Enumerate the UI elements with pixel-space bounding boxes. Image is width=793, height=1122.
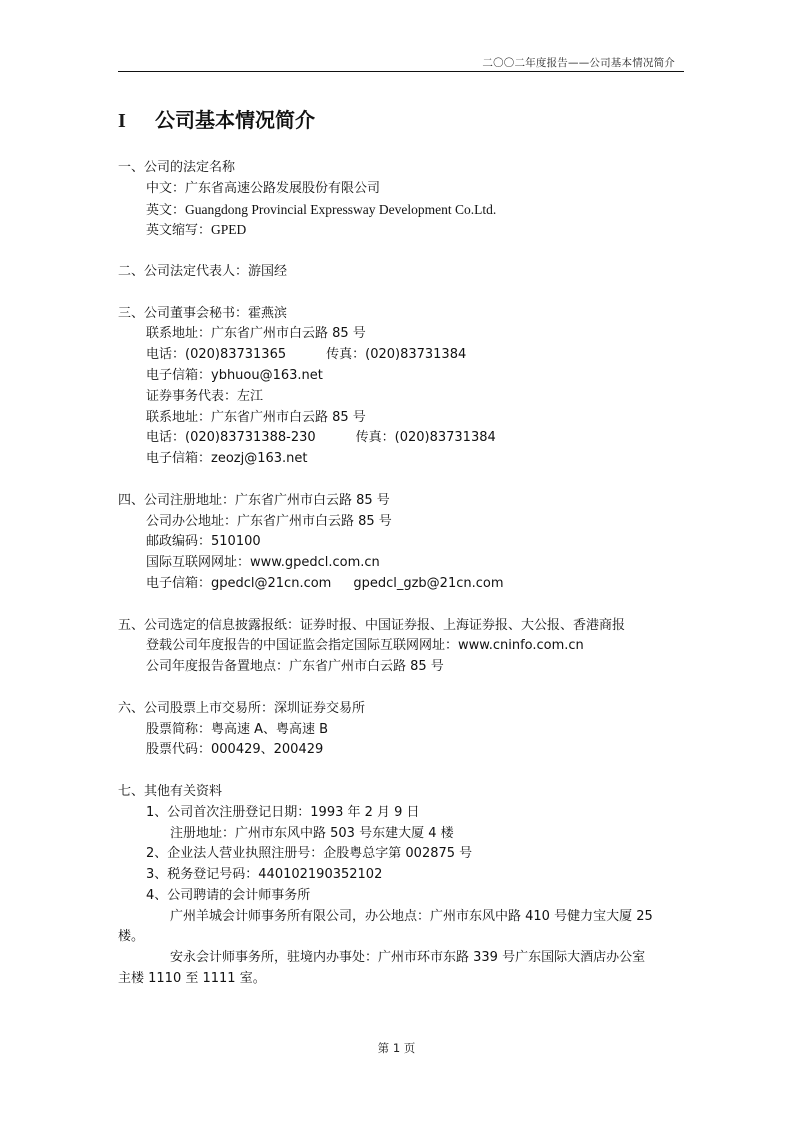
registration-date: 1、公司首次注册登记日期：1993 年 2 月 9 日 xyxy=(118,803,684,824)
secretary-fax: 传真：(020)83731384 xyxy=(326,347,466,362)
english-name-line: 英文：Guangdong Provincial Expressway Devel… xyxy=(118,200,684,221)
secretary-phone: 电话：(020)83731365 xyxy=(146,347,286,362)
accounting-firm-1-cont: 楼。 xyxy=(118,927,684,948)
rep-address: 联系地址：广东省广州市白云路 85 号 xyxy=(118,408,684,429)
english-abbr: GPED xyxy=(211,222,246,237)
english-name-label: 英文： xyxy=(146,203,185,218)
chapter-title: 公司基本情况简介 xyxy=(155,108,315,132)
section-heading: 二、公司法定代表人：游国经 xyxy=(118,262,684,283)
office-address: 公司办公地址：广东省广州市白云路 85 号 xyxy=(118,512,684,533)
section-legal-rep: 二、公司法定代表人：游国经 xyxy=(118,262,684,283)
company-email-2: gpedcl_gzb@21cn.com xyxy=(353,576,503,591)
section-other-info: 七、其他有关资料 1、公司首次注册登记日期：1993 年 2 月 9 日 注册地… xyxy=(118,782,684,990)
section-heading: 一、公司的法定名称 xyxy=(118,158,684,179)
company-email-1: 电子信箱：gpedcl@21cn.com xyxy=(146,576,331,591)
business-license: 2、企业法人营业执照注册号：企股粤总字第 002875 号 xyxy=(118,844,684,865)
chapter-number: I xyxy=(118,110,148,133)
section-heading: 七、其他有关资料 xyxy=(118,782,684,803)
section-registered-address: 四、公司注册地址：广东省广州市白云路 85 号 公司办公地址：广东省广州市白云路… xyxy=(118,491,684,595)
company-website: 国际互联网网址：www.gpedcl.com.cn xyxy=(118,553,684,574)
document-body: 一、公司的法定名称 中文：广东省高速公路发展股份有限公司 英文：Guangdon… xyxy=(118,158,684,990)
accounting-firms-heading: 4、公司聘请的会计师事务所 xyxy=(118,886,684,907)
postcode: 邮政编码：510100 xyxy=(118,532,684,553)
rep-phone: 电话：(020)83731388-230 xyxy=(146,430,316,445)
accounting-firm-2-cont: 主楼 1110 至 1111 室。 xyxy=(118,969,684,990)
tax-registration: 3、税务登记号码：440102190352102 xyxy=(118,865,684,886)
section-board-secretary: 三、公司董事会秘书：霍燕滨 联系地址：广东省广州市白云路 85 号 电话：(02… xyxy=(118,304,684,470)
securities-rep: 证券事务代表：左江 xyxy=(118,387,684,408)
chinese-name: 中文：广东省高速公路发展股份有限公司 xyxy=(118,179,684,200)
secretary-email: 电子信箱：ybhuou@163.net xyxy=(118,366,684,387)
rep-fax: 传真：(020)83731384 xyxy=(356,430,496,445)
stock-codes: 股票代码：000429、200429 xyxy=(118,740,684,761)
section-heading: 六、公司股票上市交易所：深圳证券交易所 xyxy=(118,699,684,720)
section-heading: 五、公司选定的信息披露报纸：证券时报、中国证券报、上海证券报、大公报、香港商报 xyxy=(118,616,684,637)
english-name: Guangdong Provincial Expressway Developm… xyxy=(185,202,496,217)
disclosure-website: 登载公司年度报告的中国证监会指定国际互联网网址：www.cninfo.com.c… xyxy=(118,636,684,657)
section-stock-exchange: 六、公司股票上市交易所：深圳证券交易所 股票简称：粤高速 A、粤高速 B 股票代… xyxy=(118,699,684,761)
company-email: 电子信箱：gpedcl@21cn.comgpedcl_gzb@21cn.com xyxy=(118,574,684,595)
section-heading: 四、公司注册地址：广东省广州市白云路 85 号 xyxy=(118,491,684,512)
running-header-title: 二〇〇二年度报告——公司基本情况简介 xyxy=(482,55,675,70)
rep-email: 电子信箱：zeozj@163.net xyxy=(118,449,684,470)
report-location: 公司年度报告备置地点：广东省广州市白云路 85 号 xyxy=(118,657,684,678)
accounting-firm-2: 安永会计师事务所，驻境内办事处：广州市环市东路 339 号广东国际大酒店办公室 xyxy=(118,948,684,969)
registration-address: 注册地址：广州市东风中路 503 号东建大厦 4 楼 xyxy=(118,824,684,845)
page-title: I 公司基本情况简介 xyxy=(118,104,315,133)
english-abbr-label: 英文缩写： xyxy=(146,223,211,238)
secretary-contact: 电话：(020)83731365传真：(020)83731384 xyxy=(118,345,684,366)
secretary-address: 联系地址：广东省广州市白云路 85 号 xyxy=(118,324,684,345)
rep-contact: 电话：(020)83731388-230传真：(020)83731384 xyxy=(118,428,684,449)
section-heading: 三、公司董事会秘书：霍燕滨 xyxy=(118,304,684,325)
page-number: 第 1 页 xyxy=(0,1040,793,1056)
section-disclosure: 五、公司选定的信息披露报纸：证券时报、中国证券报、上海证券报、大公报、香港商报 … xyxy=(118,616,684,678)
section-legal-name: 一、公司的法定名称 中文：广东省高速公路发展股份有限公司 英文：Guangdon… xyxy=(118,158,684,241)
accounting-firm-1: 广州羊城会计师事务所有限公司，办公地点：广州市东风中路 410 号健力宝大厦 2… xyxy=(118,907,684,928)
stock-names: 股票简称：粤高速 A、粤高速 B xyxy=(118,720,684,741)
header-divider xyxy=(118,71,684,72)
english-abbr-line: 英文缩写：GPED xyxy=(118,220,684,241)
